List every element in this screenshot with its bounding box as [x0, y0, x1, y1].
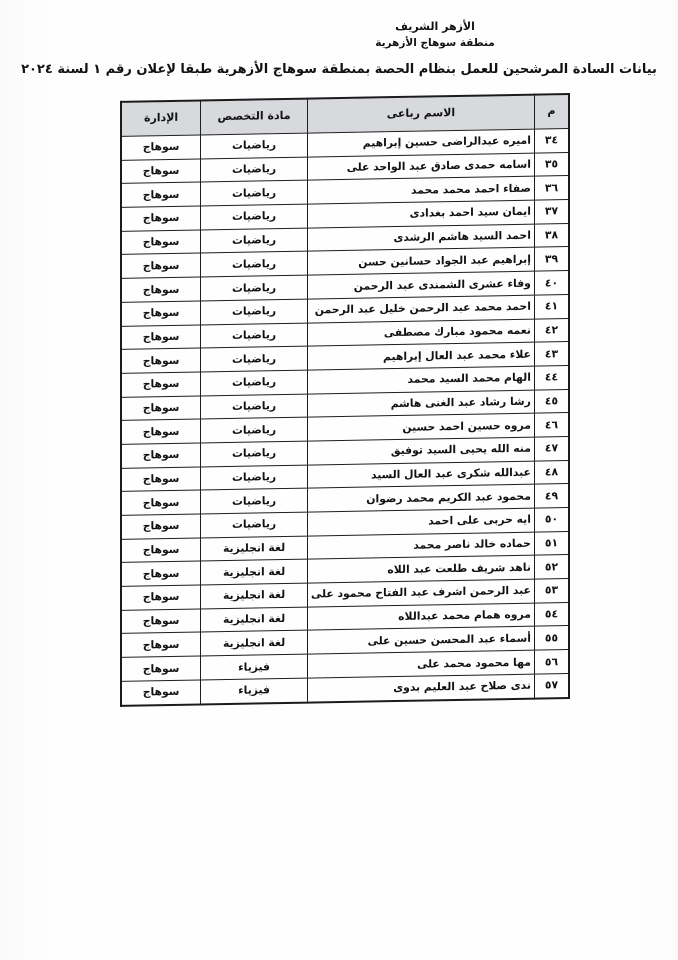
cell-admin: سوهاج — [121, 159, 201, 184]
cell-number: ٤٣ — [534, 342, 569, 366]
cell-number: ٣٩ — [534, 247, 569, 271]
cell-admin: سوهاج — [121, 301, 201, 326]
candidates-table: م الاسم رباعى مادة التخصص الإدارة ٣٤ امي… — [120, 93, 570, 706]
cell-admin: سوهاج — [121, 680, 201, 706]
cell-subject: رياضيات — [201, 346, 308, 372]
cell-subject: فيزياء — [201, 654, 308, 680]
cell-subject: فيزياء — [201, 678, 308, 704]
cell-admin: سوهاج — [121, 206, 201, 231]
cell-number: ٤١ — [534, 294, 569, 318]
cell-subject: رياضيات — [201, 157, 308, 183]
cell-number: ٤٤ — [534, 365, 569, 389]
cell-number: ٣٨ — [534, 223, 569, 247]
cell-subject: رياضيات — [201, 180, 308, 206]
column-header-subject: مادة التخصص — [201, 99, 308, 135]
cell-subject: رياضيات — [201, 488, 308, 514]
cell-admin: سوهاج — [121, 538, 201, 563]
cell-number: ٥٥ — [534, 626, 569, 650]
cell-admin: سوهاج — [121, 135, 201, 160]
cell-admin: سوهاج — [121, 396, 201, 421]
cell-subject: رياضيات — [201, 512, 308, 538]
column-header-admin: الإدارة — [121, 100, 201, 136]
cell-admin: سوهاج — [121, 443, 201, 468]
cell-admin: سوهاج — [121, 632, 201, 657]
cell-admin: سوهاج — [121, 253, 201, 278]
cell-number: ٣٥ — [534, 152, 569, 176]
cell-number: ٤٥ — [534, 389, 569, 413]
cell-subject: رياضيات — [201, 323, 308, 349]
cell-number: ٥٤ — [534, 602, 569, 626]
cell-number: ٣٤ — [534, 129, 569, 153]
cell-number: ٣٧ — [534, 200, 569, 224]
cell-admin: سوهاج — [121, 348, 201, 373]
cell-admin: سوهاج — [121, 230, 201, 255]
cell-subject: رياضيات — [201, 228, 308, 254]
cell-number: ٤٠ — [534, 271, 569, 295]
org-name: الأزهر الشريف — [340, 18, 530, 35]
cell-subject: رياضيات — [201, 370, 308, 396]
cell-admin: سوهاج — [121, 514, 201, 539]
cell-number: ٥١ — [534, 531, 569, 555]
cell-admin: سوهاج — [121, 656, 201, 681]
cell-number: ٥٢ — [534, 555, 569, 579]
cell-number: ٤٧ — [534, 436, 569, 460]
cell-subject: لغة انجليزية — [201, 559, 308, 585]
cell-subject: رياضيات — [201, 299, 308, 325]
cell-number: ٥٧ — [534, 673, 569, 698]
column-header-number: م — [534, 94, 569, 129]
cell-subject: رياضيات — [201, 252, 308, 278]
cell-admin: سوهاج — [121, 490, 201, 515]
cell-number: ٥٣ — [534, 579, 569, 603]
cell-subject: لغة انجليزية — [201, 631, 308, 657]
cell-admin: سوهاج — [121, 467, 201, 492]
org-header-block: الأزهر الشريف منطقة سوهاج الأزهرية — [340, 18, 530, 51]
document-title: بيانات السادة المرشحين للعمل بنظام الحصة… — [0, 62, 678, 77]
cell-subject: لغة انجليزية — [201, 583, 308, 609]
cell-admin: سوهاج — [121, 609, 201, 634]
cell-admin: سوهاج — [121, 277, 201, 302]
cell-subject: رياضيات — [201, 465, 308, 491]
cell-number: ٥٦ — [534, 650, 569, 674]
cell-admin: سوهاج — [121, 419, 201, 444]
cell-subject: رياضيات — [201, 417, 308, 443]
cell-number: ٤٨ — [534, 460, 569, 484]
cell-subject: رياضيات — [201, 204, 308, 230]
cell-subject: لغة انجليزية — [201, 607, 308, 633]
cell-subject: رياضيات — [201, 133, 308, 159]
cell-number: ٤٢ — [534, 318, 569, 342]
cell-number: ٤٩ — [534, 484, 569, 508]
cell-admin: سوهاج — [121, 182, 201, 207]
cell-subject: رياضيات — [201, 275, 308, 301]
cell-subject: رياضيات — [201, 394, 308, 420]
column-header-name: الاسم رباعى — [308, 95, 535, 133]
cell-admin: سوهاج — [121, 561, 201, 586]
cell-subject: لغة انجليزية — [201, 536, 308, 562]
cell-number: ٥٠ — [534, 508, 569, 532]
org-region: منطقة سوهاج الأزهرية — [340, 35, 530, 51]
cell-number: ٣٦ — [534, 176, 569, 200]
cell-admin: سوهاج — [121, 324, 201, 349]
cell-subject: رياضيات — [201, 441, 308, 467]
cell-name: ندى صلاح عبد العليم بدوى — [308, 674, 535, 702]
cell-admin: سوهاج — [121, 372, 201, 397]
cell-number: ٤٦ — [534, 413, 569, 437]
cell-admin: سوهاج — [121, 585, 201, 610]
